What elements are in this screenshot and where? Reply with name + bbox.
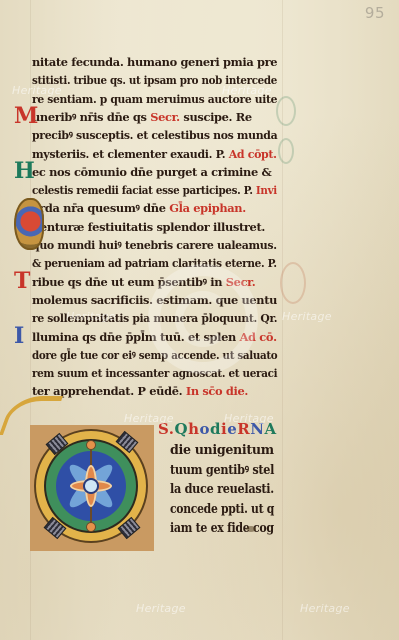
rubric-text: Secr.: [150, 110, 180, 124]
watermark-logo-inner: [175, 291, 231, 347]
text-line: Muneribꝰ nr̄is dn̄e qs Secr. suscipe. Re: [32, 110, 252, 124]
watermark-text: Heritage: [12, 84, 62, 97]
rubric-text: Gl̄a epiphan.: [169, 201, 246, 215]
heading-letter: Q: [175, 420, 189, 438]
watermark-text: Heritage: [282, 310, 332, 323]
line-text: celestis remedii faciat esse participes.…: [32, 183, 256, 197]
illuminated-initial: [30, 425, 154, 551]
text-line: quo mundi huiꝰ tenebris carere ualeamus.: [32, 238, 277, 252]
line-text: mysteriis. et clementer exaudi. P.: [32, 147, 229, 161]
initial-band: [118, 517, 141, 539]
watermark-text: Heritage: [222, 84, 272, 97]
watermark-text: Heritage: [66, 310, 116, 323]
line-text: precibꝰ susceptis. et celestibus nos mun…: [32, 128, 277, 142]
line-text: rem suum et incessanter agnoscat. et uer…: [32, 366, 277, 380]
watermark-text: Heritage: [224, 412, 274, 425]
text-line: tuum gentibꝰ stel: [170, 464, 274, 478]
text-line: precibꝰ susceptis. et celestibus nos mun…: [32, 128, 277, 142]
initial-t: T: [14, 270, 30, 292]
ink-stain: [246, 526, 256, 532]
manuscript-page: 95 nitate fecunda. humano generi pmia pr…: [0, 0, 399, 640]
initial-m: M: [14, 105, 38, 127]
rubric-text: Invi: [256, 183, 277, 197]
rubric-text: Ad cōpt.: [229, 147, 277, 161]
initial-h: H: [14, 160, 34, 182]
text-line: die unigenitum: [170, 444, 274, 458]
marginal-sketch: [278, 138, 294, 164]
text-line: Hec nos cōmunio dn̄e purget a crimine &: [32, 165, 271, 179]
watermark-text: Heritage: [124, 412, 174, 425]
initial-blue-field: [56, 451, 126, 521]
line-text: orda nr̄a quesumꝰ dn̄e: [32, 201, 169, 215]
watermark-text: Heritage: [300, 602, 350, 615]
initial-center-boss: [85, 480, 97, 492]
line-text: ec nos cōmunio dn̄e purget a crimine &: [32, 165, 271, 179]
marginal-sketch: [276, 96, 296, 126]
line-text: uenturæ festiuitatis splendor illustret.: [32, 220, 265, 234]
line-text: nitate fecunda. humano generi pmia pre: [32, 55, 277, 69]
initial-knob: [87, 523, 95, 531]
initial-ring: [34, 429, 148, 543]
text-line: orda nr̄a quesumꝰ dn̄e Gl̄a epiphan.: [32, 201, 246, 215]
initial-green-field: [46, 441, 136, 531]
text-line: nitate fecunda. humano generi pmia pre: [32, 55, 277, 69]
text-line: concede ppti. ut q: [170, 503, 274, 517]
rubric-text: In sc̄o die.: [186, 384, 248, 398]
heading-letter: o: [200, 420, 211, 438]
line-text: & perueniam ad patriam claritatis eterne…: [32, 256, 277, 270]
text-line: la duce reuelasti.: [170, 483, 274, 497]
marginal-sketch: [280, 262, 306, 304]
text-line: celestis remedii faciat esse participes.…: [32, 183, 277, 197]
text-line: iam te ex fide cog: [170, 522, 274, 536]
line-text: uneribꝰ nr̄is dn̄e qs: [32, 110, 150, 124]
watermark-text: Heritage: [136, 602, 186, 615]
text-line: & perueniam ad patriam claritatis eterne…: [32, 256, 277, 270]
folio-number: 95: [365, 4, 385, 22]
text-line: mysteriis. et clementer exaudi. P. Ad cō…: [32, 147, 277, 161]
line-text: quo mundi huiꝰ tenebris carere ualeamus.: [32, 238, 277, 252]
initial-knob: [87, 441, 95, 449]
heading-letter: d: [210, 420, 221, 438]
text-line: uenturæ festiuitatis splendor illustret.: [32, 220, 265, 234]
ornate-initial-c: [14, 198, 44, 250]
text-line: rem suum et incessanter agnoscat. et uer…: [32, 366, 277, 380]
initial-i: I: [14, 325, 24, 347]
line-text: suscipe. Re: [180, 110, 252, 124]
heading-letter: h: [188, 420, 199, 438]
text-line: ter apprehendat. P eūdē. In sc̄o die.: [32, 384, 248, 398]
